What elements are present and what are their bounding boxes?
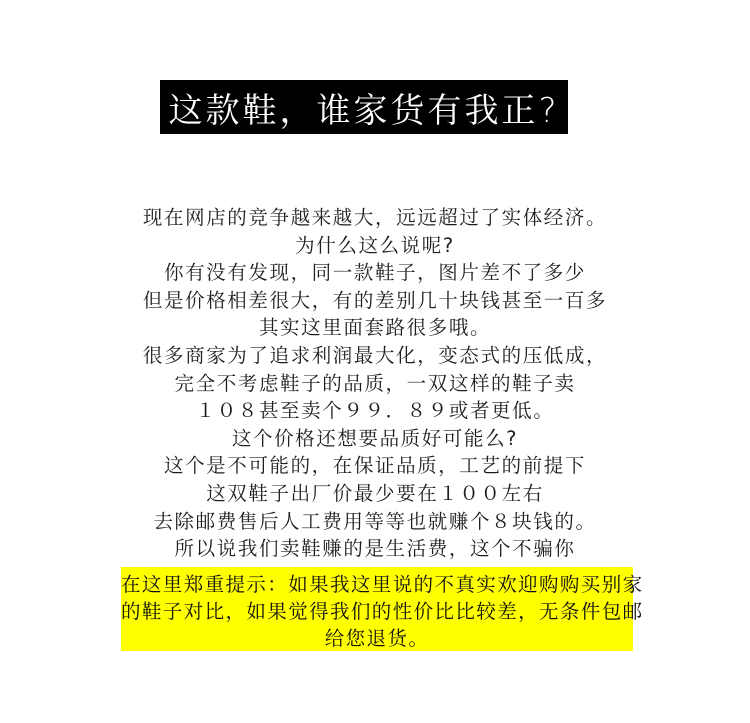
body-line: 但是价格相差很大，有的差别几十块钱甚至一百多: [0, 287, 750, 315]
body-line: 现在网店的竞争越来越大，远远超过了实体经济。: [0, 204, 750, 232]
highlighted-notice: 在这里郑重提示：如果我这里说的不真实欢迎购购买别家 的鞋子对比，如果觉得我们的性…: [121, 567, 633, 651]
body-line: 去除邮费售后人工费用等等也就赚个８块钱的。: [0, 508, 750, 536]
body-line: 很多商家为了追求利润最大化，变态式的压低成，: [0, 342, 750, 370]
notice-line: 在这里郑重提示：如果我这里说的不真实欢迎购购买别家: [121, 571, 633, 598]
body-line: 这双鞋子出厂价最少要在１００左右: [0, 480, 750, 508]
notice-line: 给您退货。: [121, 625, 633, 652]
body-line: 完全不考虑鞋子的品质，一双这样的鞋子卖: [0, 370, 750, 398]
body-line: 你有没有发现，同一款鞋子，图片差不了多少: [0, 259, 750, 287]
title-banner: 这款鞋，谁家货有我正?: [160, 80, 568, 134]
body-line: 这个价格还想要品质好可能么?: [0, 425, 750, 453]
notice-line: 的鞋子对比，如果觉得我们的性价比比较差，无条件包邮: [121, 598, 633, 625]
body-line: 所以说我们卖鞋赚的是生活费，这个不骗你: [0, 535, 750, 563]
body-line: 其实这里面套路很多哦。: [0, 314, 750, 342]
body-paragraph: 现在网店的竞争越来越大，远远超过了实体经济。 为什么这么说呢? 你有没有发现，同…: [0, 204, 750, 563]
body-line: 这个是不可能的，在保证品质，工艺的前提下: [0, 452, 750, 480]
body-line: １０８甚至卖个９９．８９或者更低。: [0, 397, 750, 425]
body-line: 为什么这么说呢?: [0, 232, 750, 260]
title-text: 这款鞋，谁家货有我正?: [168, 83, 559, 132]
